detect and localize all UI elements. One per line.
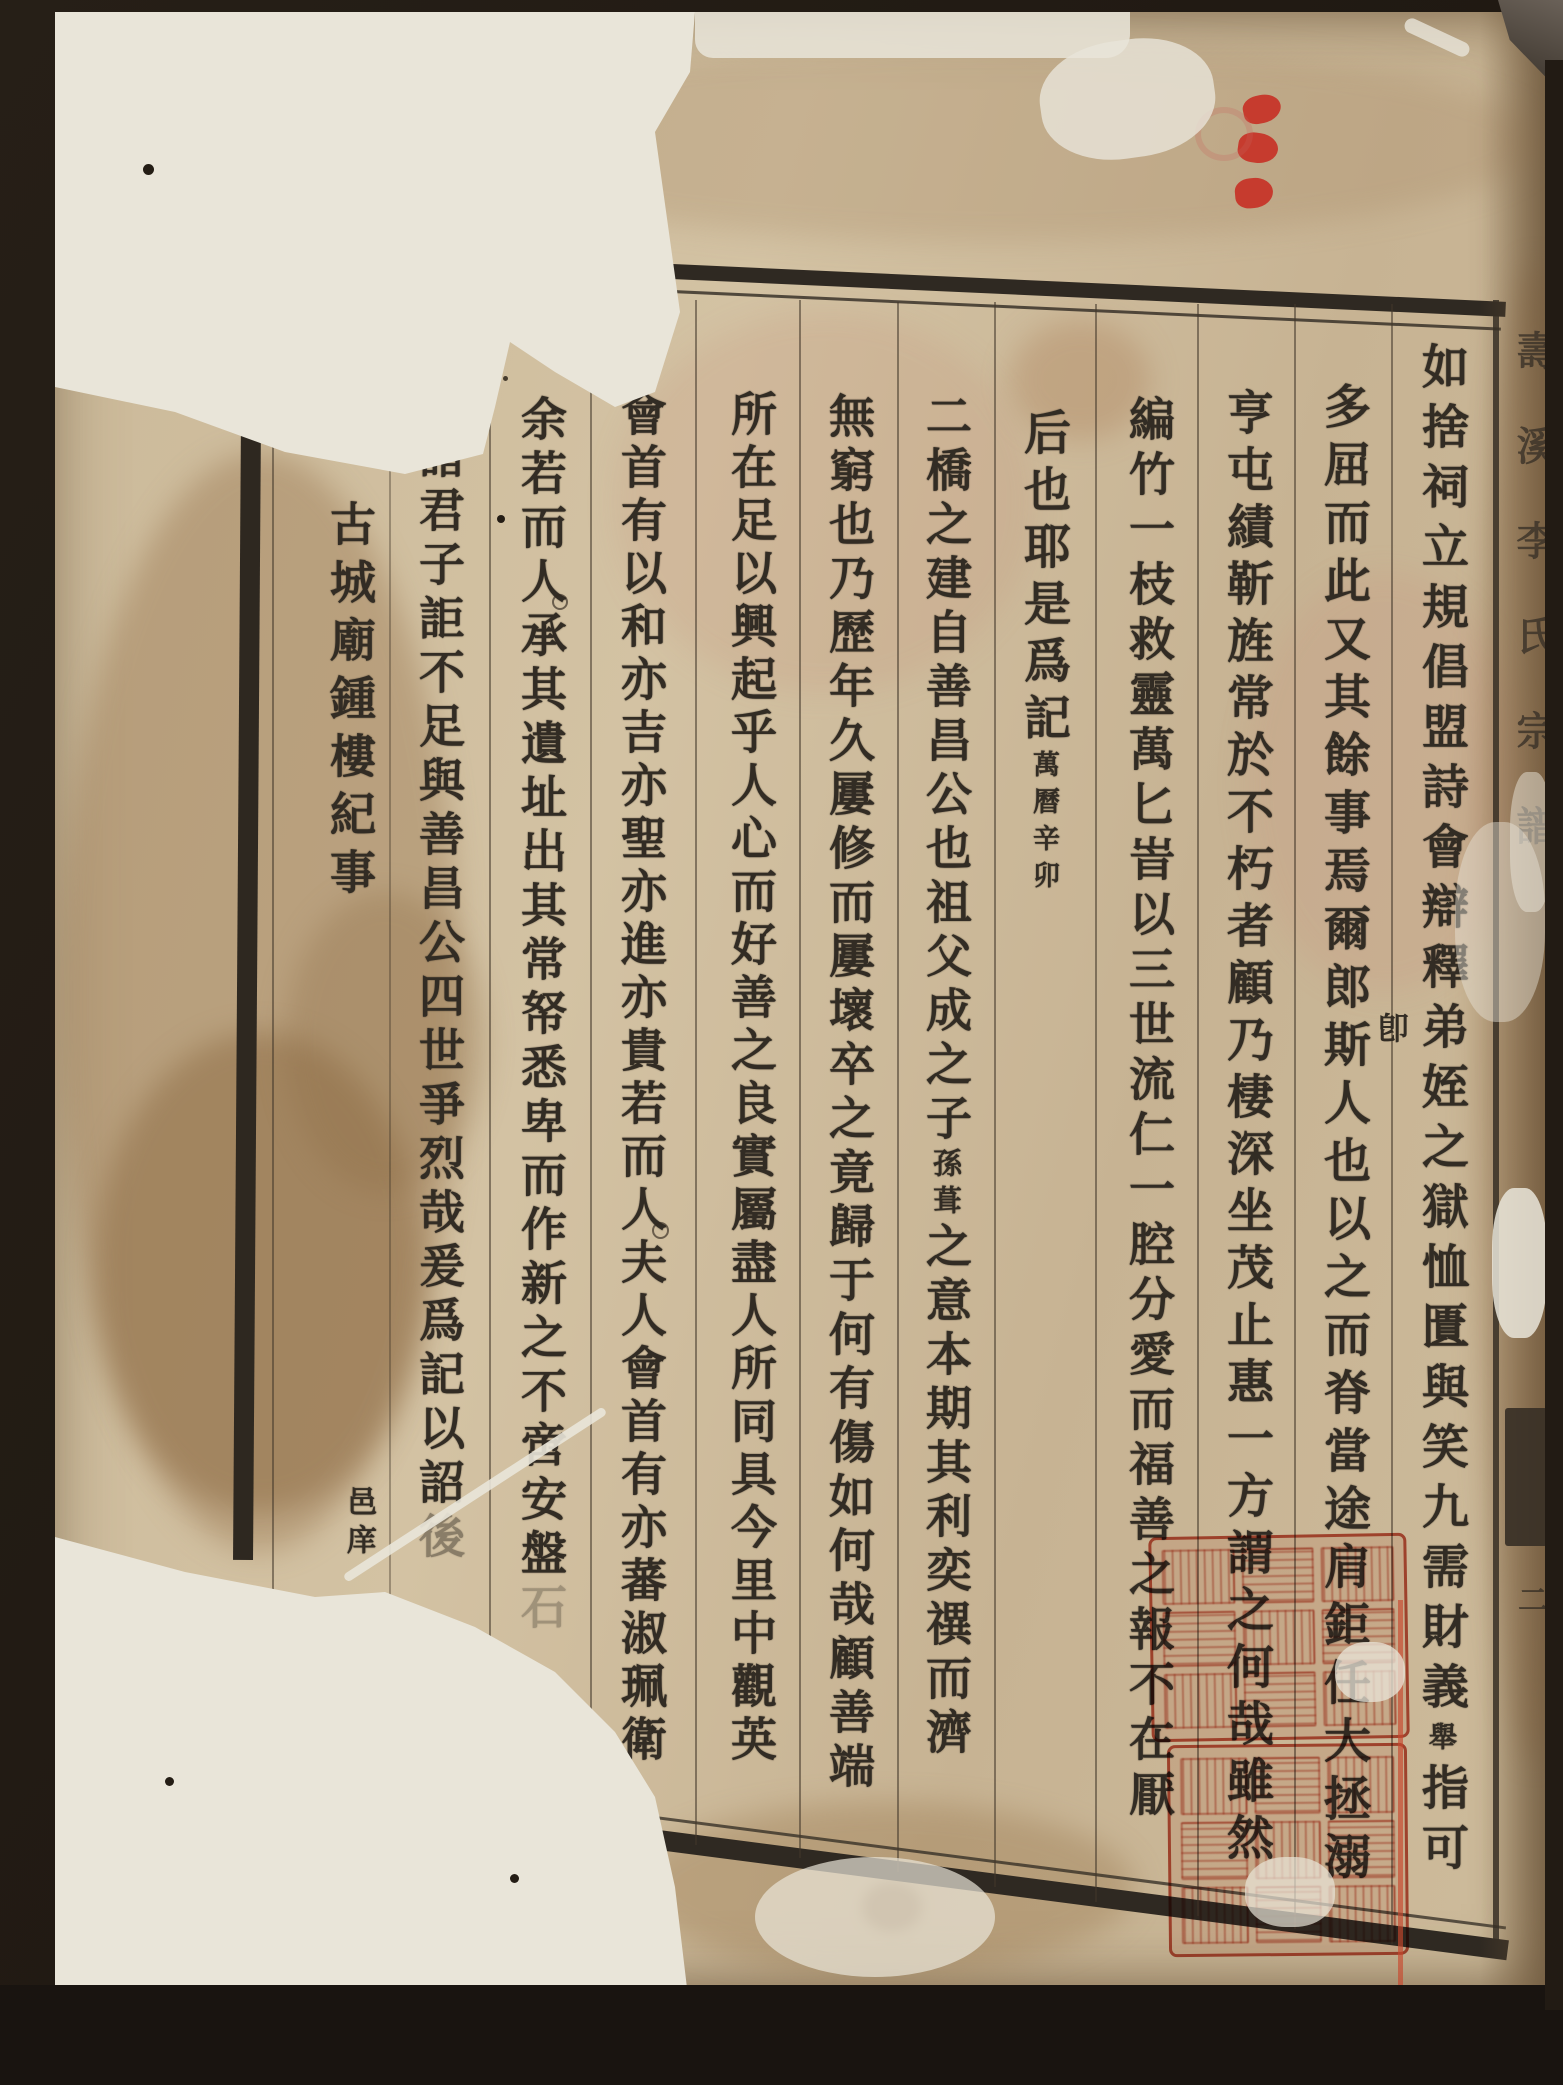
reading-circle (652, 1222, 669, 1239)
left-inner-line (272, 430, 274, 1645)
text-column-11: 桑諸君子詎不足與善昌公四世爭烈哉爰爲記以詔後 (413, 378, 465, 1566)
text-column-9: 會首有以和亦吉亦聖亦進亦貴若而人夫人會首有亦蕃淑珮衛 (615, 390, 667, 1768)
page-number-partial: 二 (1507, 1584, 1545, 1614)
column-separator (994, 302, 996, 1887)
wormhole (165, 1777, 174, 1786)
spine-dark-box (1505, 1408, 1545, 1546)
paper-flake-on-seal (1245, 1857, 1335, 1927)
paper-flake (1455, 822, 1545, 1022)
text-column-6: 二橋之建自善昌公也祖父成之子孫葺之意本期其利奕禩而濟 (920, 392, 972, 1762)
wormhole (497, 515, 505, 523)
section-title-column: 古城廟鍾樓紀事 (324, 500, 376, 906)
column-separator (1095, 304, 1097, 1902)
collector-seal-upper (1148, 1533, 1410, 1742)
wormhole (143, 164, 154, 175)
scan-edge-bottom (0, 1985, 1563, 2085)
paper-flake-on-seal (1335, 1642, 1405, 1702)
column-separator (897, 302, 899, 1872)
column-separator (389, 392, 391, 1702)
paper-tear-top-strip (695, 12, 1130, 58)
ink-speck (503, 376, 508, 381)
inserted-correction-char: 卽 (1368, 1012, 1413, 1043)
reading-circle (552, 594, 568, 610)
column-separator (799, 300, 801, 1858)
scan-edge-right (1545, 60, 1563, 2010)
column-separator (489, 298, 491, 1816)
text-column-1: 如捨祠立規倡盟詩會辯釋弟姪之獄恤匱與笑九需財義舉指可 (1415, 342, 1467, 1883)
paper-tear-bottom-center (755, 1857, 995, 1977)
column-separator (695, 300, 697, 1845)
paper-tear-scratch (1402, 16, 1472, 59)
paper-sheet: 如捨祠立規倡盟詩會辯釋弟姪之獄恤匱與笑九需財義舉指可 多屈而此又其餘事焉爾郎斯人… (55, 12, 1545, 1988)
wormhole (510, 1874, 519, 1883)
text-column-7: 無窮也乃歷年久屢修而屢壞卒之竟歸于何有傷如何哉顧善端 (823, 392, 875, 1796)
column-separator (590, 298, 592, 1830)
scanned-book-page: 如捨祠立規倡盟詩會辯釋弟姪之獄恤匱與笑九需財義舉指可 多屈而此又其餘事焉爾郎斯人… (0, 0, 1563, 2085)
text-column-8: 所在足以興起乎人心而好善之良實屬盡人所同具今里中觀英 (725, 390, 777, 1768)
signature-column: 邑庠 (332, 1486, 384, 1562)
paper-tear-right-mid (1492, 1188, 1545, 1338)
text-column-5: 后也耶是爲記萬曆辛卯 (1017, 408, 1069, 898)
